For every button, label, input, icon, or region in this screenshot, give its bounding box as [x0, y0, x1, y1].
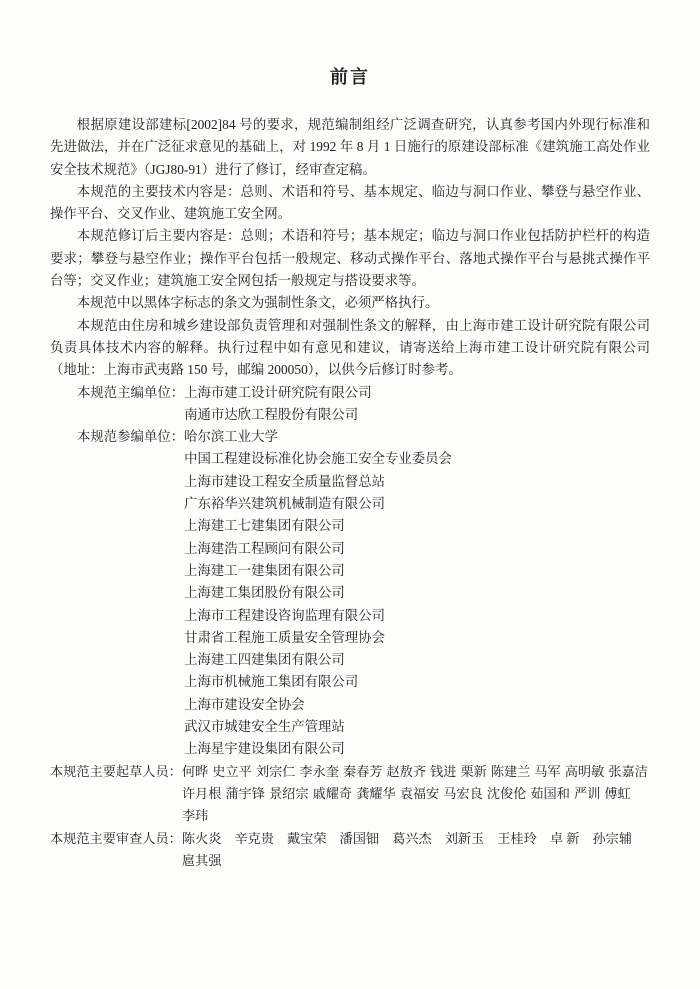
- drafter-name: 陈建兰: [491, 761, 531, 783]
- drafter-name: 蒲宇锋: [225, 783, 265, 805]
- drafter-name: 赵敖齐: [387, 761, 427, 783]
- reviewer-name: 王桂玲: [497, 828, 537, 850]
- participating-unit: 上海建工七建集团有限公司: [184, 515, 650, 537]
- reviewer-name: 扈其强: [182, 850, 222, 872]
- reviewer-name: 卓 新: [550, 828, 580, 850]
- reviewer-name: 潘国钿: [340, 828, 380, 850]
- participating-unit: 上海星宇建设集团有限公司: [184, 738, 650, 760]
- chief-editor-unit: 南通市达欣工程股份有限公司: [184, 404, 650, 426]
- reviewer-name: 陈火炎: [182, 828, 222, 850]
- drafter-name: 钱进: [430, 761, 456, 783]
- drafter-name: 戚耀奇: [313, 783, 353, 805]
- page-content: 前言 根据原建设部建标[2002]84 号的要求，规范编制组经广泛调查研究，认真…: [0, 0, 700, 872]
- participating-unit: 甘肃省工程施工质量安全管理协会: [184, 627, 650, 649]
- drafter-name: 秦春芳: [343, 761, 383, 783]
- drafter-name: 马宏良: [443, 783, 483, 805]
- drafter-name: 袁福安: [400, 783, 440, 805]
- paragraph: 本规范的主要技术内容是：总则、术语和符号、基本规定、临边与洞口作业、攀登与悬空作…: [50, 181, 650, 226]
- participating-unit: 上海建工集团股份有限公司: [184, 582, 650, 604]
- drafter-name: 茹国和: [530, 783, 570, 805]
- chief-editor-units: 上海市建工设计研究院有限公司南通市达欣工程股份有限公司: [184, 382, 650, 427]
- drafter-name: 何晔: [182, 761, 208, 783]
- paragraph: 本规范由住房和城乡建设部负责管理和对强制性条文的解释，由上海市建工设计研究院有限…: [50, 315, 650, 382]
- body-paragraphs: 根据原建设部建标[2002]84 号的要求，规范编制组经广泛调查研究，认真参考国…: [50, 114, 650, 382]
- participating-unit: 上海建工四建集团有限公司: [184, 649, 650, 671]
- reviewer-name: 孙宗辅: [592, 828, 632, 850]
- participating-unit: 上海建工一建集团有限公司: [184, 560, 650, 582]
- drafter-name: 傅虹: [604, 783, 630, 805]
- reviewers-row: 本规范主要审查人员： 陈火炎辛克贵戴宝荣潘国钿葛兴杰刘新玉王桂玲卓 新孙宗辅扈其…: [50, 828, 650, 873]
- drafters-row: 本规范主要起草人员： 何晔史立平刘宗仁李永奎秦春芳赵敖齐钱进栗新陈建兰马军高明敏…: [50, 761, 650, 828]
- participating-unit: 哈尔滨工业大学: [184, 426, 650, 448]
- document-page: 前言 根据原建设部建标[2002]84 号的要求，规范编制组经广泛调查研究，认真…: [0, 0, 700, 989]
- paragraph: 本规范修订后主要内容是：总则；术语和符号；基本规定；临边与洞口作业包括防护栏杆的…: [50, 225, 650, 292]
- reviewer-name: 辛克贵: [234, 828, 274, 850]
- participating-unit: 武汉市城建安全生产管理站: [184, 716, 650, 738]
- drafter-name: 高明敏: [565, 761, 605, 783]
- drafter-name: 刘宗仁: [256, 761, 296, 783]
- paragraph: 根据原建设部建标[2002]84 号的要求，规范编制组经广泛调查研究，认真参考国…: [50, 114, 650, 181]
- drafters-names: 何晔史立平刘宗仁李永奎秦春芳赵敖齐钱进栗新陈建兰马军高明敏张嘉洁许月根蒲宇锋景绍…: [182, 761, 650, 828]
- participating-units: 哈尔滨工业大学中国工程建设标准化协会施工安全专业委员会上海市建设工程安全质量监督…: [184, 426, 650, 760]
- page-title: 前言: [50, 64, 650, 90]
- drafter-name: 许月根: [182, 783, 222, 805]
- chief-editor-row: 本规范主编单位： 上海市建工设计研究院有限公司南通市达欣工程股份有限公司: [50, 382, 650, 427]
- chief-editor-label: 本规范主编单位：: [77, 382, 184, 404]
- participating-unit: 中国工程建设标准化协会施工安全专业委员会: [184, 448, 650, 470]
- participating-label: 本规范参编单位：: [77, 426, 184, 448]
- reviewers-names: 陈火炎辛克贵戴宝荣潘国钿葛兴杰刘新玉王桂玲卓 新孙宗辅扈其强: [182, 828, 650, 873]
- drafter-name: 马军: [534, 761, 560, 783]
- participating-unit: 上海建浩工程顾问有限公司: [184, 538, 650, 560]
- drafter-name: 严训: [574, 783, 600, 805]
- participating-unit: 上海市建设安全协会: [184, 694, 650, 716]
- reviewer-name: 刘新玉: [445, 828, 485, 850]
- paragraph: 本规范中以黑体字标志的条文为强制性条文，必须严格执行。: [50, 292, 650, 314]
- participating-unit: 上海市工程建设咨询监理有限公司: [184, 605, 650, 627]
- drafters-label: 本规范主要起草人员：: [50, 761, 182, 783]
- drafter-name: 史立平: [212, 761, 252, 783]
- participating-row: 本规范参编单位： 哈尔滨工业大学中国工程建设标准化协会施工安全专业委员会上海市建…: [50, 426, 650, 760]
- drafter-name: 沈俊伦: [487, 783, 527, 805]
- drafter-name: 龚耀华: [356, 783, 396, 805]
- drafter-name: 张嘉洁: [608, 761, 648, 783]
- drafter-name: 李永奎: [299, 761, 339, 783]
- reviewers-label: 本规范主要审查人员：: [50, 828, 182, 850]
- drafter-name: 栗新: [460, 761, 486, 783]
- drafter-name: 景绍宗: [269, 783, 309, 805]
- chief-editor-unit: 上海市建工设计研究院有限公司: [184, 382, 650, 404]
- participating-unit: 上海市机械施工集团有限公司: [184, 671, 650, 693]
- reviewer-name: 葛兴杰: [392, 828, 432, 850]
- participating-unit: 广东裕华兴建筑机械制造有限公司: [184, 493, 650, 515]
- reviewer-name: 戴宝荣: [287, 828, 327, 850]
- drafter-name: 李玮: [182, 805, 208, 827]
- participating-unit: 上海市建设工程安全质量监督总站: [184, 471, 650, 493]
